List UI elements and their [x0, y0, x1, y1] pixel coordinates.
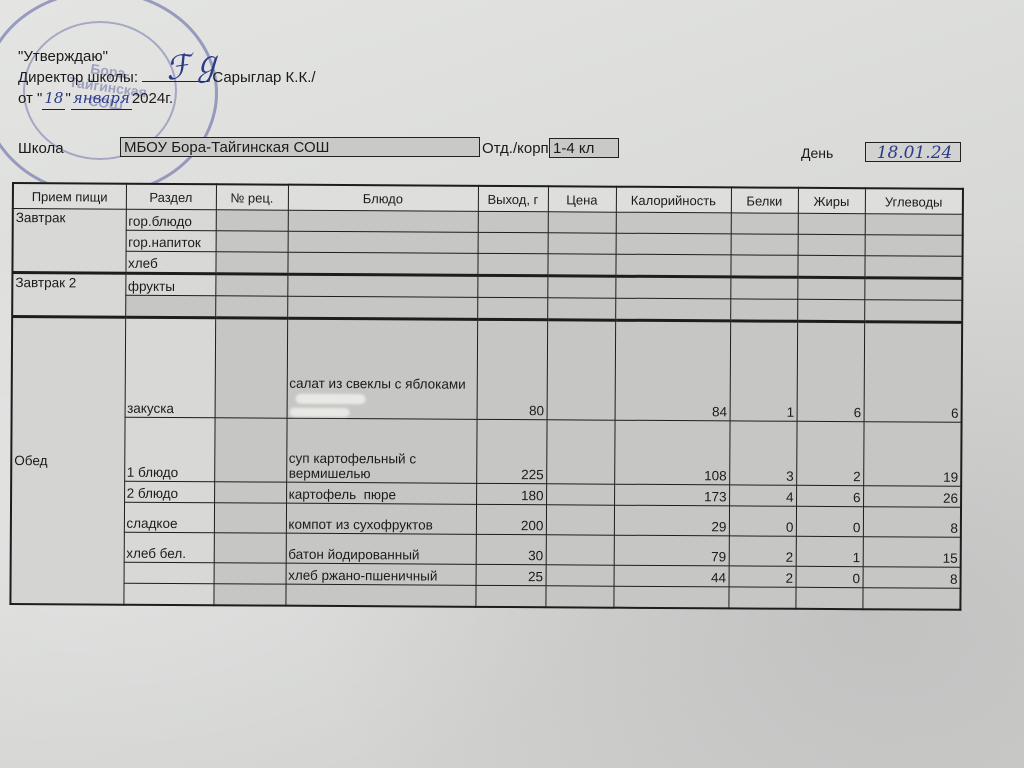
carbs-cell: 19	[863, 422, 961, 487]
recipe-cell	[216, 231, 288, 252]
header-price: Цена	[548, 186, 616, 212]
carbs-cell: 15	[863, 537, 961, 568]
school-field: МБОУ Бора-Тайгинская СОШ	[120, 137, 480, 157]
header-dish: Блюдо	[288, 185, 478, 212]
dept-label: Отд./корп	[482, 140, 549, 157]
price-cell	[545, 586, 613, 608]
header-carbs: Углеводы	[865, 188, 963, 214]
carbs-cell	[865, 235, 963, 257]
yield-cell	[478, 232, 548, 253]
carbs-cell	[864, 300, 962, 323]
protein-cell	[730, 299, 797, 321]
price-cell	[547, 298, 615, 320]
fat-cell	[798, 234, 865, 255]
calories-cell: 29	[614, 505, 729, 536]
fat-cell: 0	[796, 506, 863, 536]
calories-cell: 44	[614, 565, 729, 587]
calories-cell	[616, 212, 731, 234]
price-cell	[548, 212, 616, 233]
yield-cell: 25	[476, 564, 546, 585]
calories-cell: 79	[614, 535, 729, 566]
redacted-mark	[295, 394, 365, 404]
dish-cell: суп картофельный с вермишелью	[286, 418, 476, 483]
header-calories: Калорийность	[616, 187, 731, 213]
header-yield: Выход, г	[478, 186, 548, 212]
dish-cell	[287, 274, 477, 297]
calories-cell	[615, 298, 730, 321]
fat-cell	[797, 277, 864, 299]
yield-cell	[477, 275, 547, 297]
date-day: 18	[42, 88, 65, 110]
price-cell	[546, 565, 614, 586]
yield-cell: 180	[476, 483, 546, 504]
table-row	[10, 582, 960, 609]
price-cell	[546, 535, 614, 565]
recipe-cell	[214, 418, 286, 482]
protein-cell	[728, 587, 795, 609]
recipe-cell	[215, 318, 288, 418]
protein-cell: 2	[729, 536, 796, 566]
recipe-cell	[215, 296, 287, 318]
calories-cell: 84	[615, 320, 731, 421]
carbs-cell: 8	[863, 507, 961, 538]
signature-icon: ℱℊ	[162, 36, 225, 90]
school-label: Школа	[18, 140, 64, 157]
protein-cell	[730, 277, 797, 299]
fat-cell: 6	[797, 321, 865, 421]
meal-cell: Завтрак	[12, 209, 125, 274]
protein-cell	[731, 234, 798, 255]
section-cell: закуска	[125, 317, 216, 418]
meal-cell: Обед	[10, 317, 125, 605]
dish-cell	[288, 231, 478, 253]
price-cell	[546, 505, 614, 535]
dish-cell: компот из сухофруктов	[286, 503, 476, 534]
carbs-cell: 6	[864, 322, 963, 423]
recipe-cell	[215, 274, 287, 296]
fat-cell: 1	[796, 536, 863, 566]
dish-cell	[287, 252, 477, 275]
yield-cell: 80	[477, 319, 548, 419]
dish-cell: батон йодированный	[286, 533, 476, 564]
carbs-cell	[864, 256, 962, 279]
header-section: Раздел	[126, 184, 216, 210]
protein-cell	[731, 213, 798, 234]
dish-name: салат из свеклы с яблоками	[289, 376, 466, 392]
fat-cell: 6	[796, 485, 863, 506]
yield-cell: 225	[476, 419, 546, 483]
redacted-mark	[289, 408, 349, 417]
carbs-cell	[862, 588, 960, 610]
price-cell	[546, 484, 614, 505]
calories-cell: 173	[614, 484, 729, 506]
yield-cell: 200	[476, 504, 546, 534]
recipe-cell	[215, 252, 287, 274]
dish-cell	[287, 296, 477, 319]
section-cell: 2 блюдо	[124, 481, 214, 503]
carbs-cell: 8	[863, 567, 961, 589]
section-cell: гор.напиток	[126, 230, 216, 252]
carbs-cell: 26	[863, 486, 961, 508]
recipe-cell	[214, 533, 286, 563]
fat-cell	[795, 587, 862, 609]
protein-cell	[730, 255, 797, 277]
yield-cell: 30	[476, 534, 546, 564]
recipe-cell	[214, 503, 286, 533]
date-month: января	[71, 88, 132, 110]
price-cell	[547, 254, 615, 276]
section-cell: хлеб бел.	[124, 532, 214, 563]
fat-cell	[798, 213, 865, 234]
protein-cell: 0	[729, 506, 796, 536]
dish-cell	[288, 210, 478, 232]
calories-cell: 108	[614, 420, 729, 485]
dish-cell	[285, 584, 475, 607]
price-cell	[547, 320, 616, 420]
section-cell	[123, 583, 213, 605]
recipe-cell	[216, 210, 288, 231]
price-cell	[548, 233, 616, 254]
date-year: 2024г.	[132, 90, 173, 107]
carbs-cell	[865, 214, 963, 236]
section-cell	[124, 562, 214, 584]
carbs-cell	[864, 278, 962, 301]
header-recipe: № рец.	[216, 184, 288, 210]
header-protein: Белки	[731, 187, 798, 213]
date-prefix: от "	[18, 90, 42, 107]
header-meal: Прием пищи	[13, 183, 126, 209]
approval-date: от "18"января2024г.	[18, 88, 316, 110]
section-cell	[125, 295, 215, 318]
yield-cell	[475, 585, 545, 607]
price-cell	[547, 276, 615, 298]
yield-cell	[478, 211, 548, 232]
protein-cell: 1	[730, 321, 798, 421]
protein-cell: 3	[729, 421, 796, 485]
calories-cell	[613, 586, 728, 608]
yield-cell	[477, 297, 547, 319]
section-cell: сладкое	[124, 502, 214, 533]
dish-cell: картофель пюре	[286, 482, 476, 504]
recipe-cell	[214, 563, 286, 584]
calories-cell	[615, 254, 730, 277]
price-cell	[546, 420, 614, 484]
fat-cell: 2	[796, 421, 863, 485]
calories-cell	[615, 276, 730, 299]
recipe-cell	[213, 584, 285, 606]
table-row: Обед закуска салат из свеклы с яблоками …	[12, 317, 963, 423]
recipe-cell	[214, 482, 286, 503]
meal-cell: Завтрак 2	[12, 273, 125, 318]
director-label: Директор школы:	[18, 69, 138, 86]
protein-cell: 2	[729, 566, 796, 587]
header-fat: Жиры	[798, 188, 865, 214]
dept-field: 1-4 кл	[549, 138, 619, 158]
section-cell: гор.блюдо	[126, 209, 216, 231]
menu-table: Прием пищи Раздел № рец. Блюдо Выход, г …	[9, 182, 964, 611]
dish-cell: салат из свеклы с яблоками	[287, 318, 478, 419]
protein-cell: 4	[729, 485, 796, 506]
section-cell: фрукты	[125, 273, 215, 296]
calories-cell	[616, 233, 731, 255]
table-row: 1 блюдо суп картофельный с вермишелью 22…	[11, 417, 961, 487]
section-cell: хлеб	[125, 251, 215, 274]
section-cell: 1 блюдо	[124, 417, 214, 482]
day-label: День	[801, 145, 833, 161]
fat-cell	[797, 299, 864, 321]
dish-cell: хлеб ржано-пшеничный	[286, 563, 476, 585]
fat-cell	[797, 255, 864, 277]
day-field: 18.01.24	[865, 142, 961, 162]
yield-cell	[477, 253, 547, 275]
fat-cell: 0	[796, 566, 863, 587]
